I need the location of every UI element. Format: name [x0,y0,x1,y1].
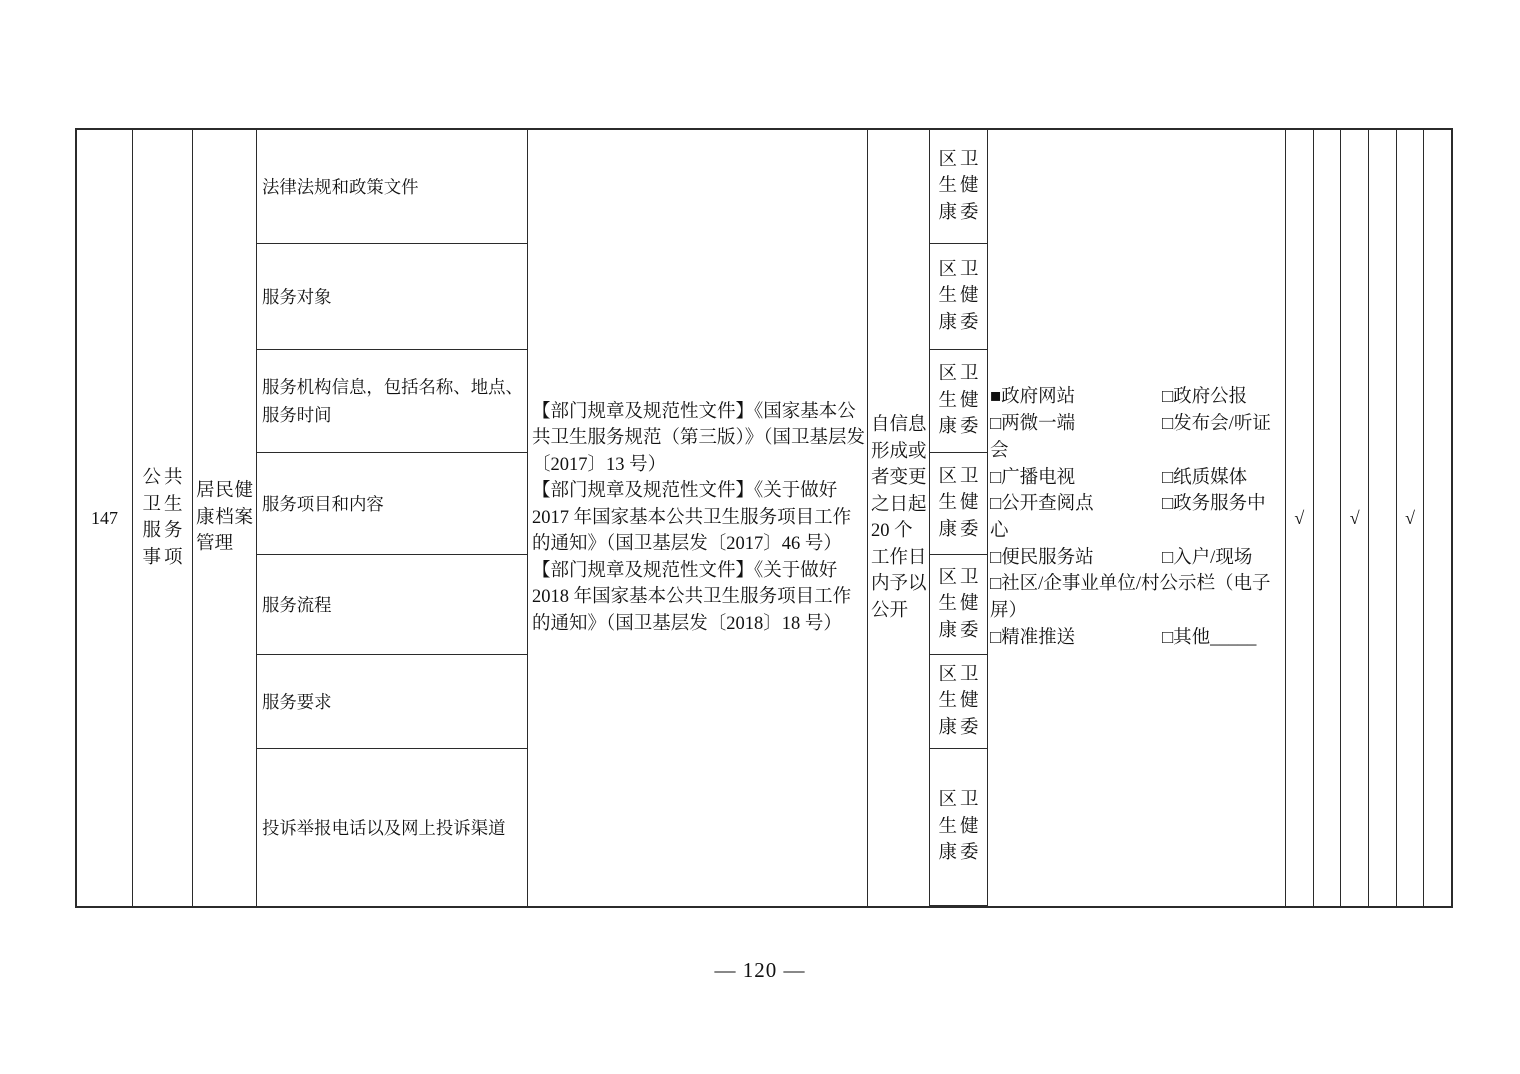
department-cell-7: 区卫生健康委 [930,749,987,906]
sub-item-cell-2: 服务对象 [257,244,527,350]
category-name: 公共卫生服务事项 [143,465,183,571]
channel-line-8: □社区/企事业单位/村公示栏（电子 [990,571,1285,598]
document-page: 147 公共卫生服务事项 居民健康档案管理 法律法规和政策文件 服务对象 服务机… [0,0,1520,1074]
col-sub-items: 法律法规和政策文件 服务对象 服务机构信息，包括名称、地点、服务时间 服务项目和… [257,130,528,906]
channel-option: □社区/企事业单位/村公示栏（电子 [990,574,1270,594]
channel-option: □公开查阅点 [990,494,1094,514]
department-cell-3: 区卫生健康委 [930,350,987,453]
sub-item-label: 法律法规和政策文件 [262,173,419,201]
department-label: 区卫生健康委 [939,257,979,337]
col-responsible-department: 区卫生健康委 区卫生健康委 区卫生健康委 区卫生健康委 区卫生健康委 区卫生健康… [930,130,988,906]
checkmark: √ [1294,508,1304,529]
channel-option: 心 [990,521,1009,541]
department-cell-6: 区卫生健康委 [930,655,987,749]
sub-item-label: 服务要求 [262,688,332,716]
department-cell-4: 区卫生健康委 [930,453,987,555]
channel-option: 屏） [990,601,1027,621]
checkmark-col-2 [1314,130,1342,906]
channel-option: □政务服务中 [1162,491,1266,518]
channel-line-5: □公开查阅点□政务服务中 [990,491,1285,518]
channel-option: □广播电视 [990,468,1075,488]
channel-option: □精准推送 [990,628,1075,648]
col-disclosure-channels: ■政府网站□政府公报 □两微一端□发布会/听证 会 □广播电视□纸质媒体 □公开… [988,130,1286,906]
channel-line-10: □精准推送□其他_____ [990,625,1285,652]
disclosure-deadline: 自信息形成或者变更之日起 20 个工作日内予以公开 [868,412,929,624]
checkmark-col-3: √ [1341,130,1369,906]
col-disclosure-deadline: 自信息形成或者变更之日起 20 个工作日内予以公开 [868,130,930,906]
department-label: 区卫生健康委 [939,361,979,441]
checkmark: √ [1405,508,1415,529]
department-cell-2: 区卫生健康委 [930,244,987,350]
sub-item-cell-1: 法律法规和政策文件 [257,130,527,244]
sub-item-label: 服务流程 [262,591,332,619]
department-label: 区卫生健康委 [939,662,979,742]
sub-item-cell-6: 服务要求 [257,655,527,749]
sub-item-cell-4: 服务项目和内容 [257,453,527,555]
channel-option: 会 [990,441,1009,461]
legal-basis-entry-2: 【部门规章及规范性文件】《关于做好 2017 年国家基本公共卫生服务项目工作的通… [532,478,866,558]
checkmark-col-1: √ [1286,130,1314,906]
department-cell-5: 区卫生健康委 [930,555,987,655]
channel-option: □其他_____ [1162,625,1256,652]
disclosure-table: 147 公共卫生服务事项 居民健康档案管理 法律法规和政策文件 服务对象 服务机… [75,128,1453,908]
checkmark: √ [1350,508,1360,529]
channel-option: ■政府网站 [990,387,1075,407]
channel-line-1: ■政府网站□政府公报 [990,384,1285,411]
legal-basis-entry-3: 【部门规章及规范性文件】《关于做好 2018 年国家基本公共卫生服务项目工作的通… [532,558,866,638]
sub-item-label: 服务对象 [262,283,332,311]
disclosure-channels-cell: ■政府网站□政府公报 □两微一端□发布会/听证 会 □广播电视□纸质媒体 □公开… [988,384,1285,651]
department-cell-1: 区卫生健康委 [930,130,987,244]
channel-option: □入户/现场 [1162,545,1252,572]
sub-item-label: 服务项目和内容 [262,490,384,518]
channel-line-3: 会 [990,438,1285,465]
col-item-name: 居民健康档案管理 [193,130,257,906]
col-legal-basis: 【部门规章及规范性文件】《国家基本公共卫生服务规范（第三版）》（国卫基层发〔20… [528,130,868,906]
channel-line-4: □广播电视□纸质媒体 [990,465,1285,492]
department-label: 区卫生健康委 [939,565,979,645]
channel-option: □发布会/听证 [1162,411,1271,438]
sub-item-cell-7: 投诉举报电话以及网上投诉渠道 [257,749,527,906]
legal-basis-cell: 【部门规章及规范性文件】《国家基本公共卫生服务规范（第三版）》（国卫基层发〔20… [528,399,867,638]
channel-option: □便民服务站 [990,548,1094,568]
col-sequence-number: 147 [77,130,133,906]
checkmark-col-6 [1424,130,1451,906]
department-label: 区卫生健康委 [939,464,979,544]
channel-line-9: 屏） [990,598,1285,625]
channel-option: □政府公报 [1162,384,1247,411]
channel-line-7: □便民服务站□入户/现场 [990,545,1285,572]
checkmark-col-4 [1369,130,1397,906]
page-number: — 120 — [0,958,1520,983]
checkmark-col-5: √ [1397,130,1425,906]
sub-item-label: 服务机构信息，包括名称、地点、服务时间 [262,373,527,429]
channel-line-2: □两微一端□发布会/听证 [990,411,1285,438]
department-label: 区卫生健康委 [939,787,979,867]
legal-basis-entry-1: 【部门规章及规范性文件】《国家基本公共卫生服务规范（第三版）》（国卫基层发〔20… [532,399,866,479]
col-category: 公共卫生服务事项 [133,130,193,906]
sub-item-label: 投诉举报电话以及网上投诉渠道 [262,814,505,842]
sequence-number: 147 [91,508,118,529]
sub-item-cell-3: 服务机构信息，包括名称、地点、服务时间 [257,350,527,453]
department-label: 区卫生健康委 [939,147,979,227]
channel-option: □纸质媒体 [1162,465,1247,492]
item-name: 居民健康档案管理 [196,478,253,558]
channel-option: □两微一端 [990,414,1075,434]
channel-line-6: 心 [990,518,1285,545]
sub-item-cell-5: 服务流程 [257,555,527,655]
